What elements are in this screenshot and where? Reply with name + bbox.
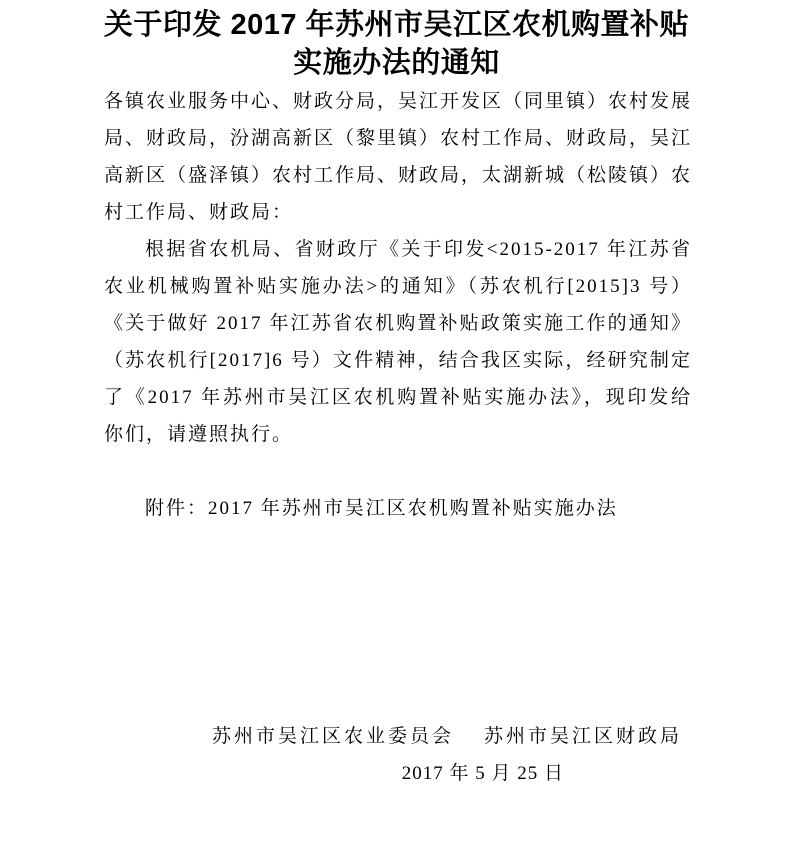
document-title: 关于印发 2017 年苏州市吴江区农机购置补贴 实施办法的通知 xyxy=(0,6,793,82)
document-body: 各镇农业服务中心、财政分局，吴江开发区（同里镇）农村发展局、财政局，汾湖高新区（… xyxy=(104,83,692,792)
signature-row: 苏州市吴江区农业委员会 苏州市吴江区财政局 xyxy=(104,718,692,755)
recipients-paragraph: 各镇农业服务中心、财政分局，吴江开发区（同里镇）农村发展局、财政局，汾湖高新区（… xyxy=(104,83,692,231)
signer-finance-bureau: 苏州市吴江区财政局 xyxy=(484,718,682,755)
signature-date: 2017 年 5 月 25 日 xyxy=(402,755,564,792)
document-title-line-1: 关于印发 2017 年苏州市吴江区农机购置补贴 xyxy=(104,9,689,41)
document-page: 关于印发 2017 年苏州市吴江区农机购置补贴 实施办法的通知 各镇农业服务中心… xyxy=(0,0,793,851)
document-title-line-2: 实施办法的通知 xyxy=(293,47,500,79)
signature-date-row: 2017 年 5 月 25 日 xyxy=(104,755,692,792)
attachment-line: 附件：2017 年苏州市吴江区农机购置补贴实施办法 xyxy=(104,490,692,527)
signer-agriculture-committee: 苏州市吴江区农业委员会 xyxy=(212,718,454,755)
main-paragraph: 根据省农机局、省财政厅《关于印发<2015-2017 年江苏省农业机械购置补贴实… xyxy=(104,231,692,453)
